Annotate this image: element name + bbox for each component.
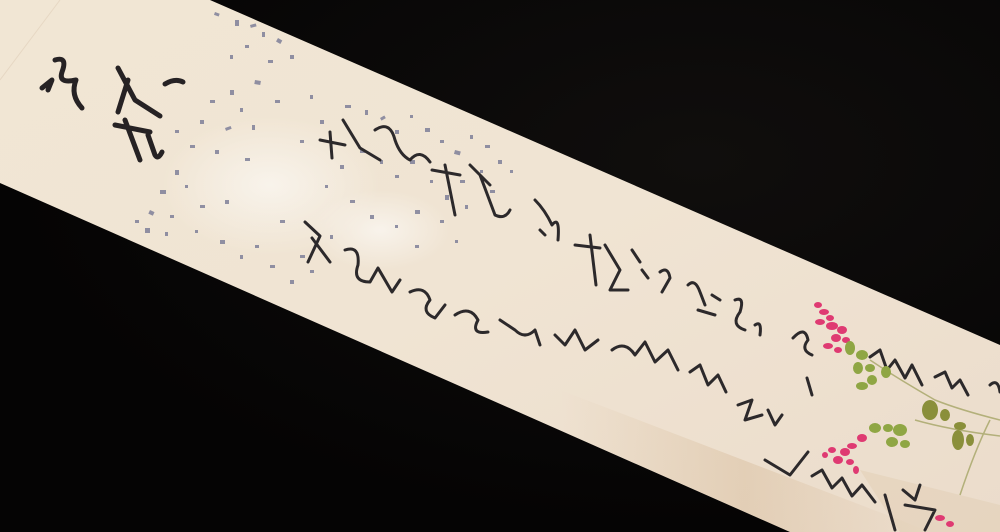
paper-strip xyxy=(0,0,1000,532)
photo-scene: Japanese calligraphy scroll (tanzaku-sty… xyxy=(0,0,1000,532)
scroll-illustration xyxy=(0,0,1000,532)
